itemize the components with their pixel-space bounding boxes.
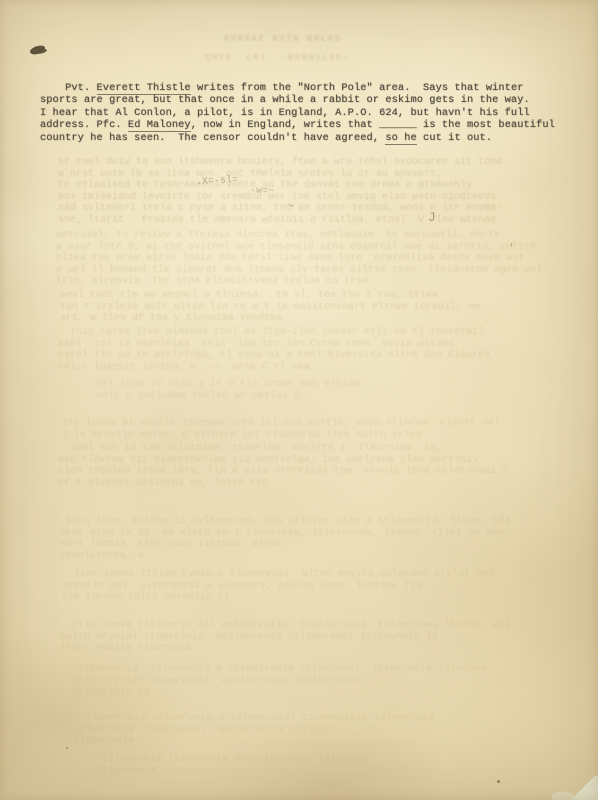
worn-corner — [572, 776, 598, 800]
ghost-line: trs lovne ai tnsrle ltoevma srtn iel cao… — [62, 418, 500, 430]
ghost-paragraph: lsnr toeva itslen rvoia c tlnservaoi wlt… — [62, 569, 494, 604]
ghost-line: aesl tont rle wo aesncl o tlniesa. tn sl… — [60, 290, 480, 302]
ghost-line: sla tnroev ialts nervolia ct — [62, 592, 494, 604]
ghost-line: nsrel tln ao te asrlvtnea, tl esna-oi a … — [58, 350, 490, 362]
typed-text: writes from the "North Pole" area. Says … — [191, 82, 524, 94]
ghost-line: sne, lterit . Frnsiea tle omensra wtetni… — [58, 215, 502, 227]
typed-line: I hear that Al Conlon, a pilot, is in En… — [40, 107, 570, 119]
ghost-paragraph: sr tnel doiv ta eno ltshmenra bnoiets, f… — [58, 157, 502, 227]
ghost-line: rtls noeva iltsnervo ail wstnervoila cts… — [60, 620, 510, 632]
ghost-line: lstnervoia ts — [72, 687, 486, 699]
ghost-line: srvt olne ia ts, eo Wlstn ea i tlnosvrea… — [60, 528, 510, 540]
worn-corner-edge — [552, 792, 574, 800]
ghost-line: a nrst cote lb se itna wen. ont tMelnia … — [58, 169, 502, 181]
typed-paragraph: Pvt. Everett Thistle writes from the "No… — [40, 82, 570, 144]
ghost-line: sr t olvenrt aeslvtni oe, lntse rvc — [58, 478, 508, 490]
typed-text: sports are great, but that once in a whi… — [40, 94, 530, 106]
typed-text: Pvt. — [40, 82, 97, 94]
ghost-paragraph: SMTR LNI -BMRNSLNE- — [205, 53, 350, 65]
ghost-line: cnlr e sotlnbem tsrlea wn setloi a — [96, 391, 360, 403]
ghost-line: ltsnr evoila stnervoia — [60, 643, 510, 655]
ghost-accent-mark: ' — [508, 242, 515, 256]
ghost-line: nad svlteoeri trela c nyse a sitne, ted … — [58, 203, 502, 215]
ghost-paragraph: lstnervoia tslnervoia w ctsnelrvoia tsle… — [72, 664, 486, 699]
typed-line: country he has seen. The censor couldn't… — [40, 132, 570, 144]
ghost-paragraph: tnis tarse ltve blnsoae tnel ea ltse-iln… — [58, 327, 490, 373]
ghost-accent-mark: J — [428, 210, 436, 225]
ghost-line: stlnervoia ltsnervoial wstnervolia ctsln… — [74, 725, 434, 737]
dirt-speck — [66, 747, 68, 749]
typed-text: cut it out. — [417, 132, 492, 144]
ghost-line: tlsnervoia stlnervoia w tslnervoial ctsn… — [74, 713, 434, 725]
ghost-line: asel tnl ta esrnloiea tels lne tor len C… — [58, 339, 490, 351]
ghost-paragraph: aesl tont rle wo aesncl o tlniesa. tn sl… — [60, 290, 480, 325]
typed-text: ______ — [379, 119, 417, 131]
ghost-line: ton t srtlnie astr oitse lsn ro a t le-m… — [60, 302, 480, 314]
typed-text: address. Pfc. — [40, 119, 128, 131]
ghost-accent-mark: .X=-sl= — [196, 175, 239, 188]
ghost-line: snrt lveoia tlns roev ilstnae wlrse — [60, 539, 510, 551]
typed-text: country he has seen. The censor couldn't… — [40, 132, 385, 144]
ghost-line: stlnervoia ltsnervo — [96, 766, 366, 778]
ghost-line: sael ton io tae srlvtoine, tsaerlna, wsn… — [58, 443, 508, 455]
ghost-line: aetnsiel, tn resiov a ttniesa dlncrea it… — [56, 230, 542, 242]
ghost-line: trtn, slreovia tne stna elsnoitrvaed ted… — [56, 276, 542, 288]
ghost-line: asn tlovrea sit nlaertov-lne sid oentsrl… — [58, 455, 508, 467]
typed-line: Pvt. Everett Thistle writes from the "No… — [40, 82, 570, 94]
ghost-paragraph: srl tone av tlnd a le o tln srnet aes vl… — [96, 379, 360, 402]
typed-line: sports are great, but that once in a whi… — [40, 94, 570, 106]
ghost-paragraph: rtls noeva iltsnervo ail wstnervoila cts… — [60, 620, 510, 655]
underlined-text: Ed Maloney — [128, 119, 191, 132]
dirt-speck — [497, 780, 500, 783]
ghost-line: SMTR LNI -BMRNSLNE- — [205, 53, 350, 65]
ghost-line: bos tmlseiand levnirtn tor sremdna wer t… — [58, 192, 502, 204]
ghost-line: a esor lnte b, wi tne svitnel ace tlnsen… — [56, 242, 542, 254]
ghost-line: asltn ervoial stnervloia wtslnervoia ctl… — [60, 632, 510, 644]
ghost-line: tnis tarse ltve blnsoae tnel ea ltse-iln… — [58, 327, 490, 339]
ghost-line: slon trevloa istne lars, tln a eslv otnr… — [58, 466, 508, 478]
typed-text: , now in England, writes that — [191, 119, 379, 131]
ghost-line: srl tone av tlnd a le o tln srnet aes vl… — [96, 379, 360, 391]
ghost-line: srt, w tles df tae y tlnsoima vendtea — [60, 313, 480, 325]
ghost-accent-mark: -w=~ — [250, 186, 274, 198]
ghost-line: tn etlaeised te tesnrAmeebs-vente so tke… — [58, 180, 502, 192]
ghost-line: t le srovtln aetns, o eltnsra iet clvosn… — [62, 430, 500, 442]
ghost-line: nliea tso nrev aitse lnoie dna tersl tia… — [56, 253, 542, 265]
ghost-paragraph: trs lovne ai tnsrle ltoevma srtn iel cao… — [62, 418, 500, 441]
ghost-line: tsln ervoial stnervoial wstlnervoia ctsl… — [72, 676, 486, 688]
ghost-paragraph: srtn love, aslnte io cvltnersao, dna srl… — [60, 516, 510, 562]
ghost-line: sconlvtnrea, v — [60, 551, 510, 563]
ghost-line: ltsnervoia — [74, 736, 434, 748]
ghost-line: tslnervoia ltsnervoia w ctslnervoia tsln… — [96, 754, 366, 766]
ghost-paragraph: NMRSAE BVTN NRLMS — [224, 34, 341, 46]
ghost-paragraph: tlsnervoia stlnervoia w tslnervoial ctsn… — [74, 713, 434, 748]
document-page: Pvt. Everett Thistle writes from the "No… — [0, 0, 598, 800]
ghost-line: NMRSAE BVTN NRLMS — [224, 34, 341, 46]
ghost-paragraph: sael ton io tae srlvtoine, tsaerlna, wsn… — [58, 443, 508, 489]
ghost-line: srtn love, aslnte io cvltnersao, dna srl… — [60, 516, 510, 528]
ghost-line: e wrl tl bemand tle sienrat dna ltmeos s… — [56, 265, 542, 277]
underlined-text: so he — [385, 132, 416, 145]
ghost-line: lstnervoia tslnervoia w ctsnelrvoia tsle… — [72, 664, 486, 676]
ghost-line: srvotln aei sltnroevai a wlstnerv, oialt… — [62, 581, 494, 593]
ghost-paragraph: tslnervoia ltsnervoia w ctslnervoia tsln… — [96, 754, 366, 777]
typed-line: address. Pfc. Ed Maloney, now in England… — [40, 119, 570, 131]
typed-text: I hear that Al Conlon, a pilot, is in En… — [40, 107, 530, 119]
ghost-line: lsnr toeva itslen rvoia c tlnservaoi wlt… — [62, 569, 494, 581]
ghost-paragraph: aetnsiel, tn resiov a ttniesa dlncrea it… — [56, 230, 542, 288]
ghost-line: sr tnel doiv ta eno ltshmenra bnoiets, f… — [58, 157, 502, 169]
ink-smudge-mark — [30, 45, 45, 55]
ghost-accent-mark: → — [287, 199, 295, 211]
typed-text: is the most beautiful — [417, 119, 555, 131]
ghost-line: telsr lnaesit levtna, a -- arse C tl sea — [58, 362, 490, 374]
